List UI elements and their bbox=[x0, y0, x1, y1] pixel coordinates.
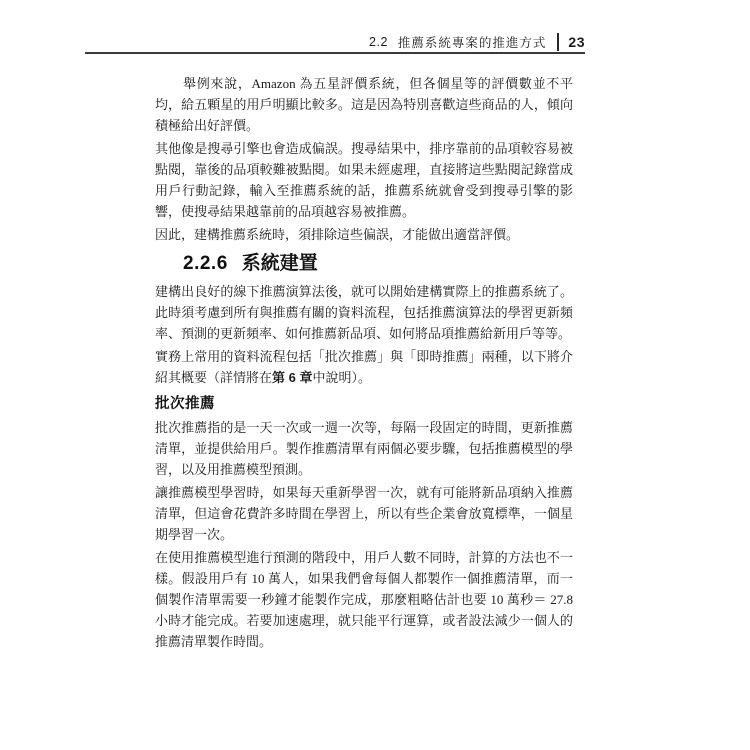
header-section-title: 推薦系統專案的推進方式 bbox=[398, 33, 547, 51]
book-page: 2.2 推薦系統專案的推進方式 23 舉例來說，Amazon 為五星評價系統，但… bbox=[0, 0, 750, 750]
paragraph-data-flow-types: 實務上常用的資料流程包括「批次推薦」與「即時推薦」兩種，以下將介紹其概要（詳情將… bbox=[155, 346, 573, 388]
paragraph-model-training-frequency: 讓推薦模型學習時，如果每天重新學習一次，就有可能將新品項納入推薦清單，但這會花費… bbox=[155, 482, 573, 545]
paragraph-batch-definition: 批次推薦指的是一天一次或一週一次等，每隔一段固定的時間，更新推薦清單，並提供給用… bbox=[155, 417, 573, 480]
paragraph-exclude-bias: 因此，建構推薦系統時，須排除這些偏誤，才能做出適當評價。 bbox=[155, 224, 573, 245]
paragraph-data-flow-after: 中說明）。 bbox=[312, 370, 371, 385]
section-heading-number: 2.2.6 bbox=[183, 253, 228, 274]
paragraph-prediction-computation: 在使用推薦模型進行預測的階段中，用戶人數不同時，計算的方法也不一樣。假設用戶有 … bbox=[155, 547, 573, 652]
page-number: 23 bbox=[568, 34, 585, 50]
section-heading-title: 系統建置 bbox=[242, 253, 318, 274]
paragraph-system-build-intro: 建構出良好的線下推薦演算法後，就可以開始建構實際上的推薦系統了。此時須考慮到所有… bbox=[155, 281, 573, 344]
running-header: 2.2 推薦系統專案的推進方式 23 bbox=[85, 33, 585, 51]
header-section-number: 2.2 bbox=[369, 35, 388, 49]
header-divider bbox=[557, 33, 559, 51]
paragraph-amazon-ratings: 舉例來說，Amazon 為五星評價系統，但各個星等的評價數並不平均，給五顆星的用… bbox=[155, 73, 573, 136]
section-heading: 2.2.6系統建置 bbox=[183, 252, 573, 276]
body-text-column: 舉例來說，Amazon 為五星評價系統，但各個星等的評價數並不平均，給五顆星的用… bbox=[155, 73, 573, 654]
paragraph-search-engine-bias: 其他像是搜尋引擎也會造成偏誤。搜尋結果中，排序靠前的品項較容易被點閱，靠後的品項… bbox=[155, 138, 573, 222]
header-rule bbox=[85, 52, 585, 54]
chapter-6-bold-reference: 第 6 章 bbox=[272, 370, 312, 385]
subsection-heading-batch-recommendation: 批次推薦 bbox=[155, 394, 573, 414]
